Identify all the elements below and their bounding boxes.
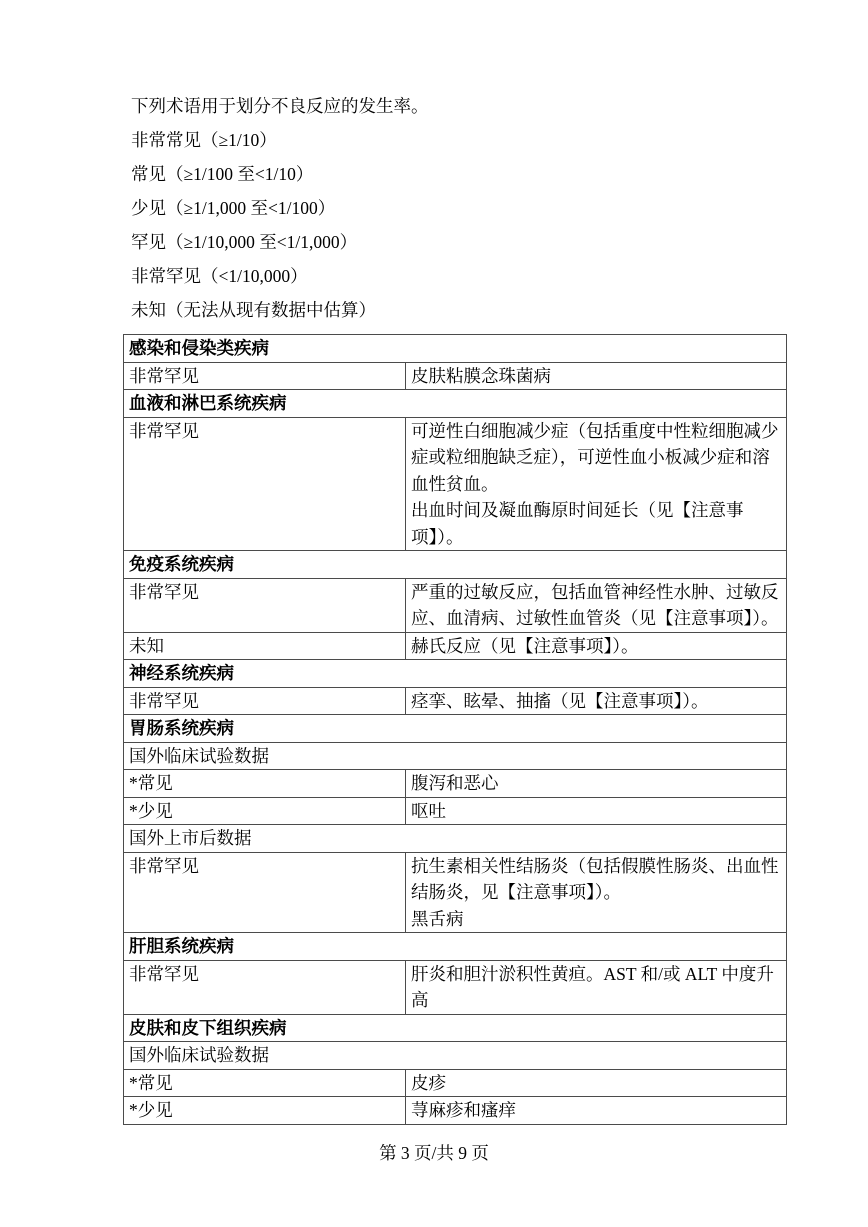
- frequency-term-common: 常见（≥1/100 至<1/10）: [131, 164, 787, 184]
- adverse-reaction-row: 非常罕见可逆性白细胞减少症（包括重度中性粒细胞减少症或粒细胞缺乏症），可逆性血小…: [124, 417, 787, 551]
- frequency-term-uncommon: 少见（≥1/1,000 至<1/100）: [131, 198, 787, 218]
- frequency-term-unknown: 未知（无法从现有数据中估算）: [131, 300, 787, 320]
- adverse-reaction-row: *少见呕吐: [124, 797, 787, 825]
- frequency-cell: *常见: [124, 770, 406, 798]
- reaction-cell: 痉挛、眩晕、抽搐（见【注意事项】）。: [406, 687, 787, 715]
- frequency-cell: *常见: [124, 1069, 406, 1097]
- reaction-cell: 腹泻和恶心: [406, 770, 787, 798]
- data-source-row: 国外临床试验数据: [124, 742, 787, 770]
- reaction-cell: 呕吐: [406, 797, 787, 825]
- data-source-cell: 国外临床试验数据: [124, 742, 787, 770]
- system-organ-class-cell: 血液和淋巴系统疾病: [124, 390, 787, 418]
- system-organ-class-cell: 感染和侵染类疾病: [124, 335, 787, 363]
- frequency-cell: 非常罕见: [124, 578, 406, 632]
- adverse-reaction-row: 非常罕见抗生素相关性结肠炎（包括假膜性肠炎、出血性结肠炎，见【注意事项】）。 黑…: [124, 852, 787, 933]
- reaction-cell: 赫氏反应（见【注意事项】）。: [406, 632, 787, 660]
- adverse-reaction-row: *常见皮疹: [124, 1069, 787, 1097]
- frequency-cell: *少见: [124, 1097, 406, 1125]
- frequency-cell: 未知: [124, 632, 406, 660]
- system-organ-class-row: 神经系统疾病: [124, 660, 787, 688]
- data-source-row: 国外临床试验数据: [124, 1042, 787, 1070]
- adverse-reaction-row: 非常罕见皮肤粘膜念珠菌病: [124, 362, 787, 390]
- frequency-cell: 非常罕见: [124, 417, 406, 551]
- data-source-cell: 国外临床试验数据: [124, 1042, 787, 1070]
- reaction-cell: 荨麻疹和瘙痒: [406, 1097, 787, 1125]
- reaction-cell: 可逆性白细胞减少症（包括重度中性粒细胞减少症或粒细胞缺乏症），可逆性血小板减少症…: [406, 417, 787, 551]
- intro-title: 下列术语用于划分不良反应的发生率。: [131, 96, 787, 116]
- frequency-term-rare: 罕见（≥1/10,000 至<1/1,000）: [131, 232, 787, 252]
- system-organ-class-cell: 免疫系统疾病: [124, 551, 787, 579]
- frequency-cell: 非常罕见: [124, 687, 406, 715]
- data-source-cell: 国外上市后数据: [124, 825, 787, 853]
- reaction-cell: 抗生素相关性结肠炎（包括假膜性肠炎、出血性结肠炎，见【注意事项】）。 黑舌病: [406, 852, 787, 933]
- system-organ-class-row: 感染和侵染类疾病: [124, 335, 787, 363]
- system-organ-class-row: 皮肤和皮下组织疾病: [124, 1014, 787, 1042]
- adverse-reaction-row: 未知赫氏反应（见【注意事项】）。: [124, 632, 787, 660]
- reaction-cell: 严重的过敏反应，包括血管神经性水肿、过敏反应、血清病、过敏性血管炎（见【注意事项…: [406, 578, 787, 632]
- adverse-reactions-table: 感染和侵染类疾病非常罕见皮肤粘膜念珠菌病血液和淋巴系统疾病非常罕见可逆性白细胞减…: [123, 334, 787, 1125]
- system-organ-class-cell: 肝胆系统疾病: [124, 933, 787, 961]
- adverse-reaction-row: *少见荨麻疹和瘙痒: [124, 1097, 787, 1125]
- frequency-term-very-common: 非常常见（≥1/10）: [131, 130, 787, 150]
- reaction-cell: 皮疹: [406, 1069, 787, 1097]
- data-source-row: 国外上市后数据: [124, 825, 787, 853]
- document-page: 下列术语用于划分不良反应的发生率。 非常常见（≥1/10） 常见（≥1/100 …: [0, 0, 868, 1227]
- system-organ-class-cell: 神经系统疾病: [124, 660, 787, 688]
- frequency-cell: 非常罕见: [124, 852, 406, 933]
- system-organ-class-row: 胃肠系统疾病: [124, 715, 787, 743]
- frequency-cell: 非常罕见: [124, 362, 406, 390]
- system-organ-class-cell: 皮肤和皮下组织疾病: [124, 1014, 787, 1042]
- adverse-reaction-row: 非常罕见肝炎和胆汁淤积性黄疸。AST 和/或 ALT 中度升高: [124, 960, 787, 1014]
- reaction-cell: 皮肤粘膜念珠菌病: [406, 362, 787, 390]
- system-organ-class-cell: 胃肠系统疾病: [124, 715, 787, 743]
- adverse-reactions-table-body: 感染和侵染类疾病非常罕见皮肤粘膜念珠菌病血液和淋巴系统疾病非常罕见可逆性白细胞减…: [124, 335, 787, 1125]
- reaction-cell: 肝炎和胆汁淤积性黄疸。AST 和/或 ALT 中度升高: [406, 960, 787, 1014]
- adverse-reaction-row: 非常罕见严重的过敏反应，包括血管神经性水肿、过敏反应、血清病、过敏性血管炎（见【…: [124, 578, 787, 632]
- frequency-cell: 非常罕见: [124, 960, 406, 1014]
- page-footer: 第 3 页/共 9 页: [0, 1143, 868, 1163]
- adverse-reaction-row: *常见腹泻和恶心: [124, 770, 787, 798]
- frequency-term-very-rare: 非常罕见（<1/10,000）: [131, 266, 787, 286]
- frequency-cell: *少见: [124, 797, 406, 825]
- adverse-reaction-row: 非常罕见痉挛、眩晕、抽搐（见【注意事项】）。: [124, 687, 787, 715]
- system-organ-class-row: 肝胆系统疾病: [124, 933, 787, 961]
- system-organ-class-row: 免疫系统疾病: [124, 551, 787, 579]
- frequency-definitions: 下列术语用于划分不良反应的发生率。 非常常见（≥1/10） 常见（≥1/100 …: [0, 0, 868, 320]
- system-organ-class-row: 血液和淋巴系统疾病: [124, 390, 787, 418]
- page-indicator: 第 3 页/共 9 页: [379, 1143, 489, 1163]
